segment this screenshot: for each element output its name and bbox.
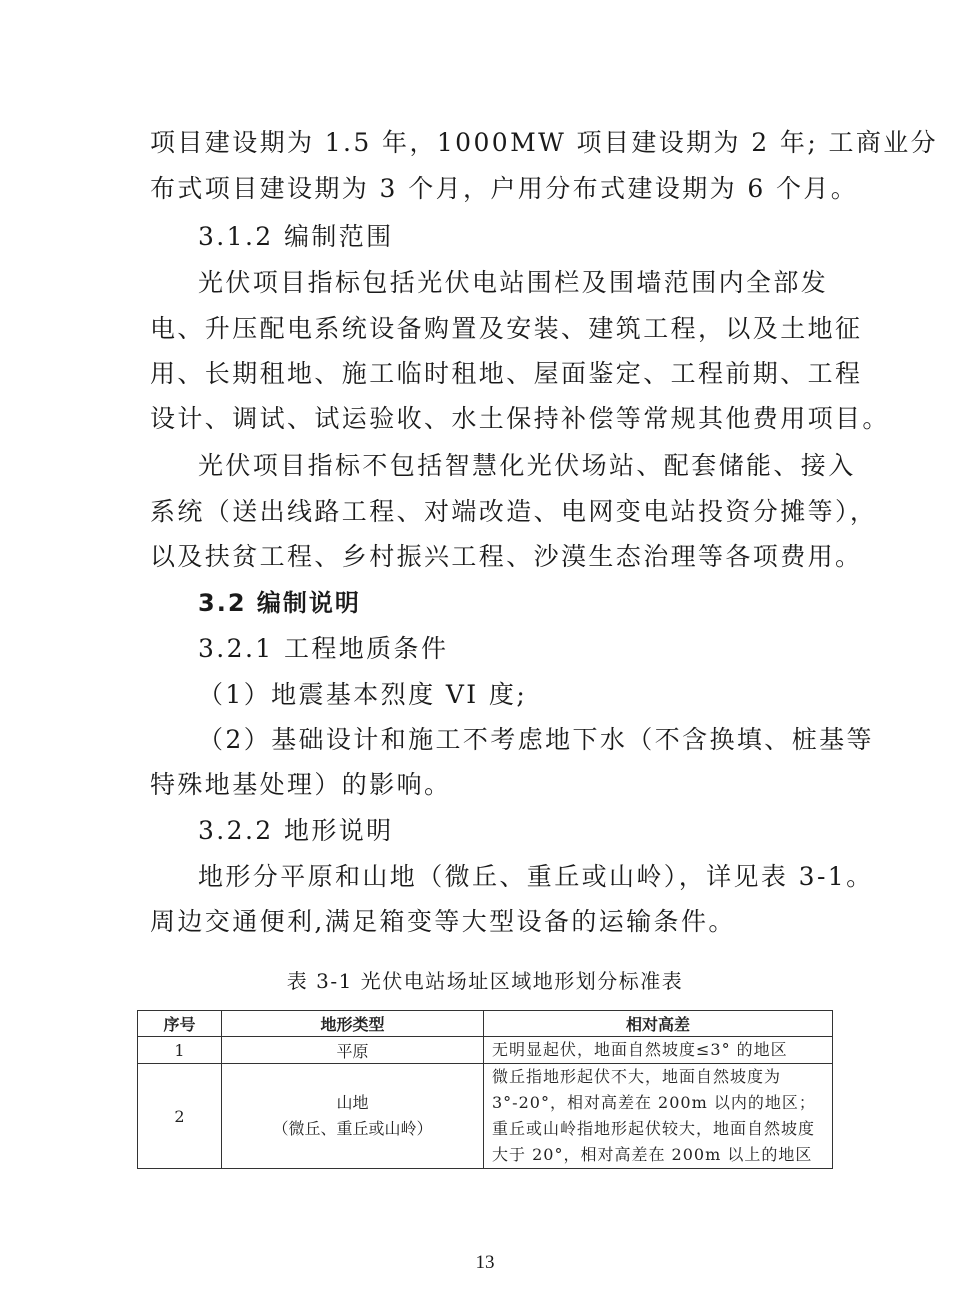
terrain-paragraph-line: 周边交通便利,满足箱变等大型设备的运输条件。	[150, 907, 736, 937]
table-row: 2 山地 （微丘、重丘或山岭） 微丘指地形起伏不大，地面自然坡度为 3°-20°…	[138, 1064, 833, 1169]
terrain-type-subtypes: （微丘、重丘或山岭）	[230, 1116, 475, 1142]
exclusion-paragraph-line: 系统（送出线路工程、对端改造、电网变电站投资分摊等），	[150, 497, 877, 527]
scope-paragraph-line: 光伏项目指标包括光伏电站围栏及围墙范围内全部发	[198, 268, 828, 298]
table-caption: 表 3-1 光伏电站场址区域地形划分标准表	[0, 965, 970, 994]
body-text-line: 布式项目建设期为 3 个月，户用分布式建设期为 6 个月。	[150, 174, 858, 204]
body-text-line: 项目建设期为 1.5 年，1000MW 项目建设期为 2 年; 工商业分	[150, 128, 938, 158]
scope-paragraph-line: 电、升压配电系统设备购置及安装、建筑工程，以及土地征	[150, 314, 862, 344]
section-heading-3-2: 3.2 编制说明	[198, 588, 361, 618]
geology-item-1: （1）地震基本烈度 VI 度;	[198, 680, 527, 710]
scope-paragraph-line: 设计、调试、试运验收、水土保持补偿等常规其他费用项目。	[150, 404, 890, 434]
section-heading-3-1-2: 3.1.2 编制范围	[198, 222, 394, 252]
geology-item-2-line: （2）基础设计和施工不考虑地下水（不含换填、桩基等	[198, 725, 874, 755]
header-terrain-type: 地形类型	[222, 1011, 484, 1037]
exclusion-paragraph-line: 以及扶贫工程、乡村振兴工程、沙漠生态治理等各项费用。	[150, 542, 862, 572]
cell-index: 2	[138, 1064, 222, 1169]
section-heading-3-2-2: 3.2.2 地形说明	[198, 816, 394, 846]
exclusion-paragraph-line: 光伏项目指标不包括智慧化光伏场站、配套储能、接入	[198, 451, 856, 481]
terrain-classification-table: 序号 地形类型 相对高差 1 平原 无明显起伏，地面自然坡度≤3° 的地区 2 …	[137, 1010, 833, 1169]
geology-item-2-line: 特殊地基处理）的影响。	[150, 770, 451, 800]
cell-description: 微丘指地形起伏不大，地面自然坡度为 3°-20°，相对高差在 200m 以内的地…	[484, 1064, 833, 1169]
header-index: 序号	[138, 1011, 222, 1037]
cell-terrain-type: 平原	[222, 1037, 484, 1064]
cell-description: 无明显起伏，地面自然坡度≤3° 的地区	[484, 1037, 833, 1064]
terrain-type-label: 山地	[230, 1090, 475, 1116]
table-row: 1 平原 无明显起伏，地面自然坡度≤3° 的地区	[138, 1037, 833, 1064]
cell-index: 1	[138, 1037, 222, 1064]
cell-terrain-type: 山地 （微丘、重丘或山岭）	[222, 1064, 484, 1169]
page-number: 13	[0, 1252, 970, 1274]
terrain-paragraph-line: 地形分平原和山地（微丘、重丘或山岭），详见表 3-1。	[198, 862, 874, 892]
table-header-row: 序号 地形类型 相对高差	[138, 1011, 833, 1037]
section-heading-3-2-1: 3.2.1 工程地质条件	[198, 634, 448, 664]
scope-paragraph-line: 用、长期租地、施工临时租地、屋面鉴定、工程前期、工程	[150, 359, 862, 389]
header-relative-height: 相对高差	[484, 1011, 833, 1037]
